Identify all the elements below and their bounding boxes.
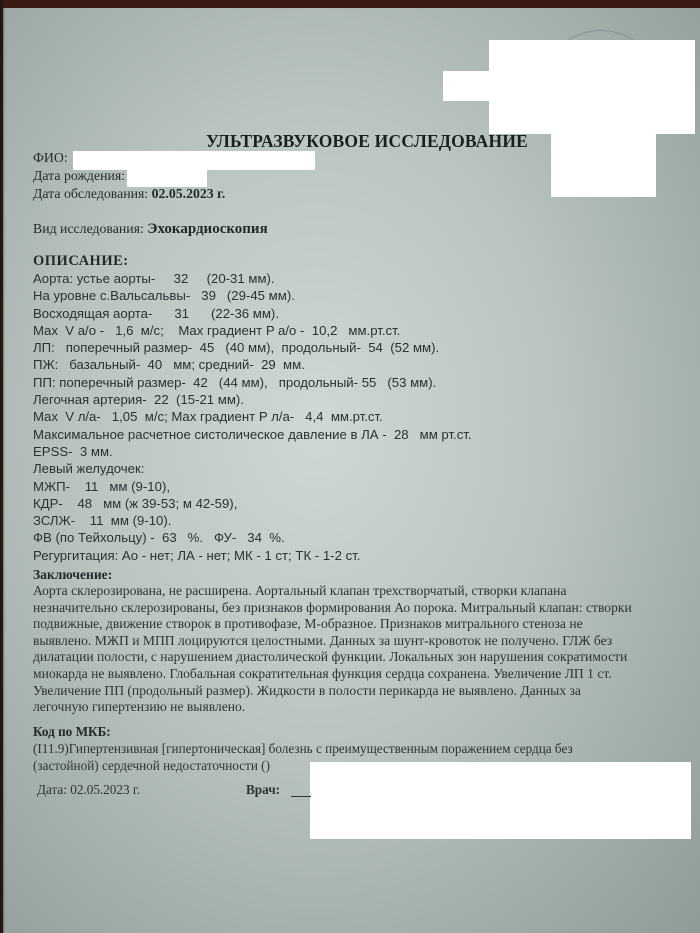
conclusion-title: Заключение: (33, 567, 112, 583)
dob-label: Дата рождения: (33, 168, 125, 184)
conclusion-line: Аорта склерозирована, не расширена. Аорт… (33, 583, 693, 600)
conclusion-line: незначительно склерозированы, без призна… (33, 600, 693, 617)
description-title: ОПИСАНИЕ: (33, 253, 129, 270)
conclusion-line: подвижные, движение створок в противофаз… (33, 616, 693, 633)
study-type-label: Вид исследования: (33, 221, 144, 236)
conclusion-line: легочную гипертензию не выявлено. (33, 699, 693, 716)
page-edge-shadow (0, 0, 5, 933)
icd-line: (I11.9)Гипертензивная [гипертоническая] … (33, 740, 573, 757)
conclusion-line: дилатации полости, с нарушением диастоли… (33, 649, 693, 666)
description-measurements: Аорта: устье аорты- 32 (20-31 мм).На уро… (33, 270, 472, 564)
conclusion-line: миокарда не выявлено. Глобальная сократи… (33, 666, 693, 683)
measurement-line: Регургитация: Ао - нет; ЛА - нет; МК - 1… (33, 547, 472, 564)
icd-text: (I11.9)Гипертензивная [гипертоническая] … (33, 740, 573, 774)
study-type-value: Эхокардиоскопия (147, 221, 267, 237)
conclusion-line: Увеличение ПП (продольный размер). Жидко… (33, 683, 693, 700)
measurement-line: ПП: поперечный размер- 42 (44 мм), продо… (33, 374, 472, 391)
measurement-line: ЛП: поперечный размер- 45 (40 мм), продо… (33, 339, 472, 356)
document-title: УЛЬТРАЗВУКОВОЕ ИССЛЕДОВАНИЕ (206, 131, 528, 152)
footer-date: Дата: 02.05.2023 г. (37, 782, 140, 798)
exam-date-label: Дата обследования: (33, 186, 148, 201)
measurement-line: Максимальное расчетное систолическое дав… (33, 426, 472, 443)
redaction-block (551, 133, 656, 197)
measurement-line: Max V а/о - 1,6 м/с; Max градиент P а/о … (33, 322, 472, 339)
measurement-line: Max V л/а- 1,05 м/с; Max градиент P л/а-… (33, 408, 472, 425)
icd-title: Код по МКБ: (33, 724, 111, 740)
measurement-line: EPSS- 3 мм. (33, 443, 472, 460)
redaction-dob (127, 170, 207, 187)
conclusion-line: выявлено. МЖП и МПП лоцируются целостным… (33, 633, 693, 650)
measurement-line: На уровне с.Вальсальвы- 39 (29-45 мм). (33, 287, 472, 304)
fio-label: ФИО: (33, 150, 68, 166)
measurement-line: Аорта: устье аорты- 32 (20-31 мм). (33, 270, 472, 287)
measurement-line: Легочная артерия- 22 (15-21 мм). (33, 391, 472, 408)
measurement-line: ЗСЛЖ- 11 мм (9-10). (33, 512, 472, 529)
conclusion-text: Аорта склерозирована, не расширена. Аорт… (33, 583, 693, 716)
doctor-label: Врач: (246, 782, 280, 798)
study-type: Вид исследования: Эхокардиоскопия (33, 221, 268, 238)
measurement-line: Восходящая аорта- 31 (22-36 мм). (33, 305, 472, 322)
exam-date-value: 02.05.2023 г. (152, 186, 226, 201)
exam-date: Дата обследования: 02.05.2023 г. (33, 186, 225, 202)
measurement-line: МЖП- 11 мм (9-10), (33, 478, 472, 495)
measurement-line: ПЖ: базальный- 40 мм; средний- 29 мм. (33, 356, 472, 373)
measurement-line: ФВ (по Тейхольцу) - 63 %. ФУ- 34 %. (33, 529, 472, 546)
measurement-line: Левый желудочек: (33, 460, 472, 477)
icd-line: (застойной) сердечной недостаточности () (33, 757, 573, 774)
redaction-block (489, 40, 695, 134)
signature-line (291, 796, 311, 797)
measurement-line: КДР- 48 мм (ж 39-53; м 42-59), (33, 495, 472, 512)
